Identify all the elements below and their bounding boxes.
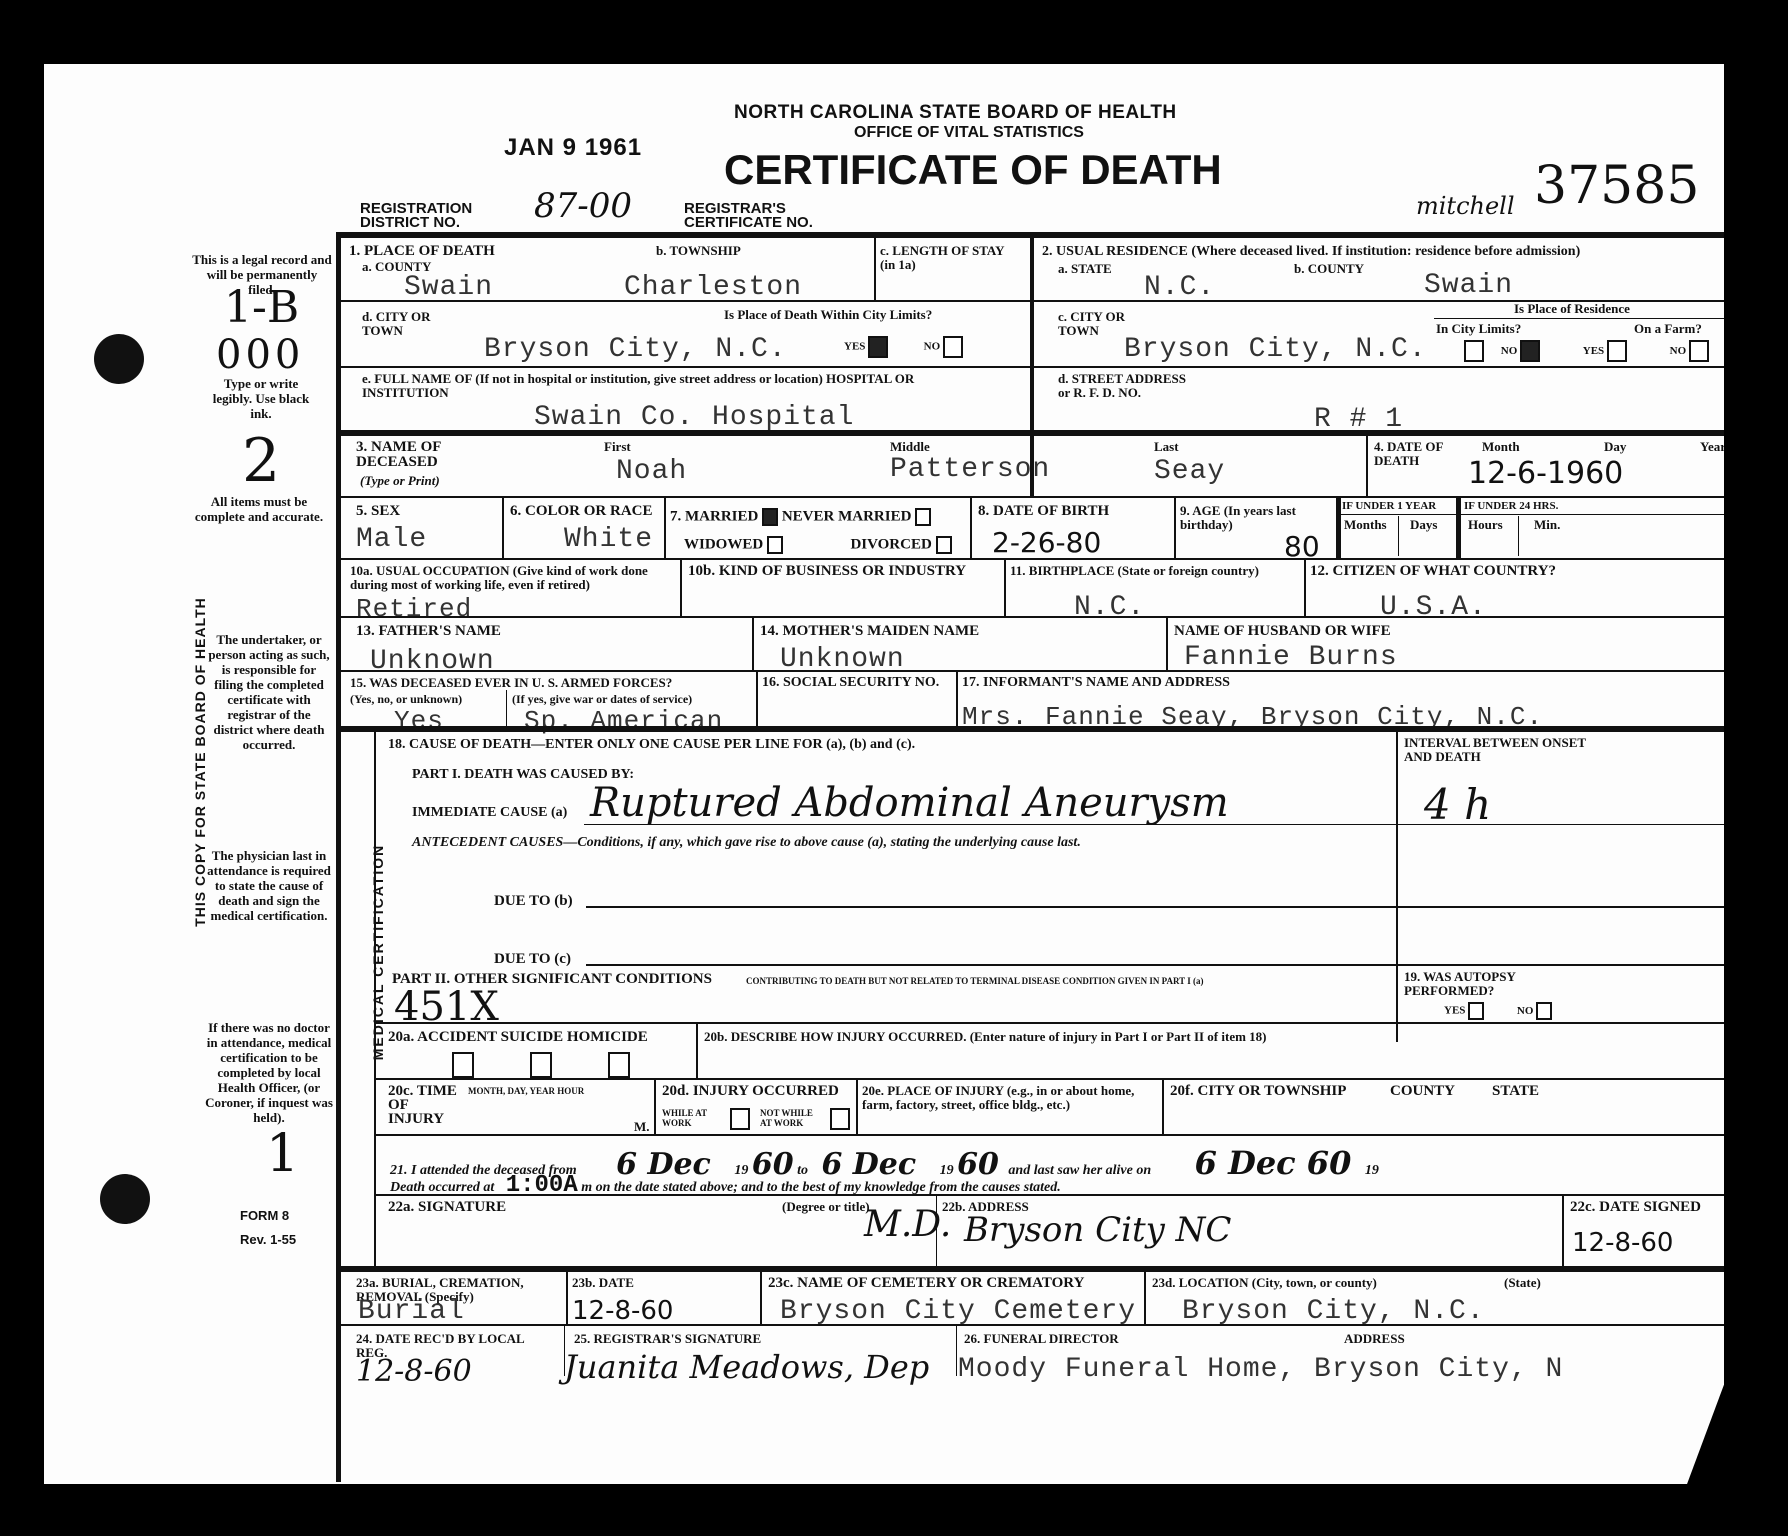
no-doctor-note: If there was no doctor in attendance, me… bbox=[204, 1020, 334, 1125]
year-label: Year bbox=[1700, 440, 1726, 454]
length-of-stay-label: c. LENGTH OF STAY (in 1a) bbox=[880, 244, 1020, 272]
time-m-label: M. bbox=[634, 1120, 650, 1134]
month-label: Month bbox=[1482, 440, 1520, 454]
death-county: Swain bbox=[404, 272, 493, 303]
father-label: 13. FATHER'S NAME bbox=[356, 624, 501, 638]
informant-label: 17. INFORMANT'S NAME AND ADDRESS bbox=[962, 676, 1230, 690]
physician-signature: M.D. bbox=[864, 1204, 951, 1245]
certificate-paper: JAN 9 1961 NORTH CAROLINA STATE BOARD OF… bbox=[44, 64, 1724, 1484]
cause-of-death-label: 18. CAUSE OF DEATH—ENTER ONLY ONE CAUSE … bbox=[388, 738, 915, 752]
registrar-cert-label: REGISTRAR'S CERTIFICATE NO. bbox=[684, 202, 864, 230]
physician-note: The physician last in attendance is requ… bbox=[204, 848, 334, 923]
registration-district-label: REGISTRATION DISTRICT NO. bbox=[360, 202, 520, 230]
antecedent-causes-label: ANTECEDENT CAUSES—Conditions, if any, wh… bbox=[412, 836, 1081, 850]
while-at-work-checkbox[interactable] bbox=[730, 1108, 750, 1130]
margin-hand-2: 2 bbox=[242, 426, 280, 496]
punch-hole bbox=[100, 1174, 150, 1224]
complete-accurate-note: All items must be complete and accurate. bbox=[194, 494, 324, 524]
citizen-value: U.S.A. bbox=[1380, 592, 1487, 623]
form-revision: Rev. 1-55 bbox=[240, 1232, 296, 1247]
cemetery-value: Bryson City Cemetery bbox=[780, 1296, 1136, 1327]
business-label: 10b. KIND OF BUSINESS OR INDUSTRY bbox=[688, 564, 966, 578]
name-sub-label: (Type or Print) bbox=[360, 474, 440, 488]
burial-date-label: 23b. DATE bbox=[572, 1276, 634, 1290]
autopsy-label: 19. WAS AUTOPSY PERFORMED? bbox=[1404, 970, 1564, 998]
medical-certification-label: MEDICAL CERTIFICATION bbox=[370, 802, 386, 1102]
burial-date: 12-8-60 bbox=[572, 1296, 673, 1326]
office-name: OFFICE OF VITAL STATISTICS bbox=[854, 124, 1084, 142]
interval-label: INTERVAL BETWEEN ONSET AND DEATH bbox=[1404, 736, 1604, 764]
middle-name: Patterson bbox=[890, 454, 1050, 485]
handwritten-note: mitchell bbox=[1416, 192, 1515, 220]
residence-county: Swain bbox=[1424, 270, 1513, 301]
hospital-label: e. FULL NAME OF (If not in hospital or i… bbox=[362, 372, 962, 400]
interval-value: 4 h bbox=[1424, 780, 1491, 829]
injury-state-label: STATE bbox=[1492, 1084, 1539, 1098]
certificate-number: 37585 bbox=[1534, 156, 1699, 216]
burial-value: Burial bbox=[358, 1296, 465, 1327]
hours-label: Hours bbox=[1468, 518, 1503, 532]
residence-state-label: a. STATE bbox=[1058, 262, 1112, 276]
divorced-checkbox[interactable] bbox=[936, 536, 952, 554]
last-name-label: Last bbox=[1154, 440, 1179, 454]
sex-value: Male bbox=[356, 524, 427, 555]
autopsy-no-checkbox[interactable] bbox=[1536, 1002, 1552, 1020]
dob-label: 8. DATE OF BIRTH bbox=[978, 504, 1109, 518]
describe-injury-label: 20b. DESCRIBE HOW INJURY OCCURRED. (Ente… bbox=[704, 1030, 1267, 1044]
farm-no-label: NO bbox=[1670, 345, 1687, 357]
registration-district-value: 87-00 bbox=[534, 186, 632, 226]
signature-label: 22a. SIGNATURE bbox=[388, 1200, 506, 1214]
war-sub-label: (If yes, give war or dates of service) bbox=[512, 692, 692, 706]
sex-label: 5. SEX bbox=[356, 504, 400, 518]
street-label: d. STREET ADDRESS or R. F. D. NO. bbox=[1058, 372, 1188, 400]
residence-county-label: b. COUNTY bbox=[1294, 262, 1364, 276]
under-day-label: IF UNDER 24 HRS. bbox=[1464, 500, 1558, 512]
widowed-label: WIDOWED bbox=[684, 536, 763, 552]
within-limits-yes-checkbox[interactable] bbox=[868, 336, 888, 358]
margin-hand-1b: 1-B bbox=[224, 282, 299, 333]
death-at-tail: m on the date stated above; and to the b… bbox=[581, 1180, 1060, 1195]
within-limits-no-checkbox[interactable] bbox=[943, 336, 963, 358]
birthplace-label: 11. BIRTHPLACE (State or foreign country… bbox=[1010, 564, 1259, 578]
city-label: d. CITY OR TOWN bbox=[362, 310, 442, 338]
date-received: 12-8-60 bbox=[356, 1354, 472, 1389]
accident-label: 20a. ACCIDENT SUICIDE HOMICIDE bbox=[388, 1030, 648, 1044]
first-name-label: First bbox=[604, 440, 631, 454]
within-limits-label: Is Place of Death Within City Limits? bbox=[724, 308, 1024, 322]
death-at-label: Death occurred at bbox=[390, 1180, 494, 1195]
within-limits-no-label: NO bbox=[924, 341, 941, 353]
spouse-label: NAME OF HUSBAND OR WIFE bbox=[1174, 624, 1391, 638]
middle-name-label: Middle bbox=[890, 440, 930, 454]
received-stamp: JAN 9 1961 bbox=[504, 134, 642, 162]
undertaker-note: The undertaker, or person acting as such… bbox=[206, 632, 332, 752]
within-limits-yes-label: YES bbox=[844, 341, 865, 353]
autopsy-yes-checkbox[interactable] bbox=[1468, 1002, 1484, 1020]
race-value: White bbox=[564, 524, 653, 555]
page-title: CERTIFICATE OF DEATH bbox=[724, 146, 1222, 194]
date-of-death-label: 4. DATE OF DEATH bbox=[1374, 440, 1444, 468]
place-of-injury-label: 20e. PLACE OF INJURY (e.g., in or about … bbox=[862, 1084, 1162, 1112]
ssn-label: 16. SOCIAL SECURITY NO. bbox=[762, 676, 939, 690]
location-state-label: (State) bbox=[1504, 1276, 1541, 1290]
punch-hole bbox=[94, 334, 144, 384]
physician-address: Bryson City NC bbox=[964, 1210, 1231, 1250]
immediate-cause-value: Ruptured Abdominal Aneurysm bbox=[590, 780, 1229, 826]
part2-sub-label: CONTRIBUTING TO DEATH BUT NOT RELATED TO… bbox=[746, 976, 1203, 986]
city-limits-label: In City Limits? bbox=[1436, 322, 1521, 336]
type-legibly-note: Type or write legibly. Use black ink. bbox=[206, 376, 316, 421]
days-label: Days bbox=[1410, 518, 1437, 532]
name-label: 3. NAME OF DECEASED bbox=[356, 440, 466, 470]
never-married-label: NEVER MARRIED bbox=[782, 508, 912, 524]
married-checkbox[interactable] bbox=[762, 508, 778, 526]
last-saw-year-prefix: 19 bbox=[1365, 1163, 1379, 1178]
city-limits-yes-checkbox[interactable] bbox=[1464, 340, 1484, 362]
place-of-death-label: 1. PLACE OF DEATH bbox=[349, 244, 495, 259]
suicide-checkbox[interactable] bbox=[530, 1052, 552, 1078]
margin-hand-1: 1 bbox=[266, 1124, 299, 1184]
date-signed: 12-8-60 bbox=[1572, 1228, 1673, 1258]
immediate-cause-label: IMMEDIATE CAUSE (a) bbox=[412, 806, 567, 820]
city-limits-no-label: NO bbox=[1501, 345, 1518, 357]
injury-county-label: COUNTY bbox=[1390, 1084, 1455, 1098]
due-to-c-label: DUE TO (c) bbox=[494, 952, 571, 966]
registrar-signature-label: 25. REGISTRAR'S SIGNATURE bbox=[574, 1332, 761, 1346]
last-name: Seay bbox=[1154, 456, 1225, 487]
death-city: Bryson City, N.C. bbox=[484, 334, 787, 365]
residence-city: Bryson City, N.C. bbox=[1124, 334, 1427, 365]
mother-label: 14. MOTHER'S MAIDEN NAME bbox=[760, 624, 979, 638]
farm-no-checkbox[interactable] bbox=[1689, 340, 1709, 362]
due-to-b-label: DUE TO (b) bbox=[494, 894, 573, 908]
date-of-death: 12-6-1960 bbox=[1468, 456, 1623, 491]
funeral-director-value: Moody Funeral Home, Bryson City, N bbox=[958, 1354, 1563, 1385]
residence-place-label: Is Place of Residence bbox=[1514, 302, 1630, 316]
not-while-at-work-checkbox[interactable] bbox=[830, 1108, 850, 1130]
race-label: 6. COLOR OR RACE bbox=[510, 504, 653, 518]
funeral-address-label: ADDRESS bbox=[1344, 1332, 1405, 1346]
under-year-label: IF UNDER 1 YEAR bbox=[1342, 500, 1436, 512]
while-at-work-label: WHILE AT WORK bbox=[662, 1108, 722, 1128]
death-township: Charleston bbox=[624, 272, 802, 303]
father-value: Unknown bbox=[370, 646, 495, 677]
autopsy-yes-label: YES bbox=[1444, 1005, 1465, 1017]
autopsy-no-label: NO bbox=[1517, 1005, 1534, 1017]
widowed-checkbox[interactable] bbox=[767, 536, 783, 554]
farm-yes-label: YES bbox=[1583, 345, 1604, 357]
day-label: Day bbox=[1604, 440, 1626, 454]
armed-sub-label: (Yes, no, or unknown) bbox=[350, 692, 462, 706]
time-of-injury-label: 20c. TIME OF INJURY bbox=[388, 1084, 458, 1126]
farm-label: On a Farm? bbox=[1634, 322, 1702, 336]
residence-label: 2. USUAL RESIDENCE (Where deceased lived… bbox=[1042, 244, 1580, 259]
farm-yes-checkbox[interactable] bbox=[1607, 340, 1627, 362]
form-number: FORM 8 bbox=[240, 1208, 289, 1223]
board-name: NORTH CAROLINA STATE BOARD OF HEALTH bbox=[734, 102, 1177, 124]
residence-city-label: c. CITY OR TOWN bbox=[1058, 310, 1128, 338]
occupation-value: Retired bbox=[356, 594, 472, 624]
registrar-signature: Juanita Meadows, Dep bbox=[564, 1348, 929, 1386]
location-label: 23d. LOCATION (City, town, or county) bbox=[1152, 1276, 1377, 1290]
citizen-label: 12. CITIZEN OF WHAT COUNTRY? bbox=[1310, 564, 1556, 578]
city-township-label: 20f. CITY OR TOWNSHIP bbox=[1170, 1084, 1346, 1098]
date-signed-label: 22c. DATE SIGNED bbox=[1570, 1200, 1701, 1214]
degree-label: (Degree or title) bbox=[782, 1200, 870, 1214]
last-saw-value: 6 Dec 60 bbox=[1195, 1144, 1352, 1182]
margin-hand-000: 000 bbox=[216, 332, 304, 378]
not-while-at-work-label: NOT WHILE AT WORK bbox=[760, 1108, 820, 1128]
birthplace-value: N.C. bbox=[1074, 592, 1145, 623]
occupation-label: 10a. USUAL OCCUPATION (Give kind of work… bbox=[350, 564, 680, 592]
divorced-label: DIVORCED bbox=[850, 536, 931, 552]
homicide-checkbox[interactable] bbox=[608, 1052, 630, 1078]
armed-forces-label: 15. WAS DECEASED EVER IN U. S. ARMED FOR… bbox=[350, 676, 760, 690]
first-name: Noah bbox=[616, 456, 687, 487]
married-label: 7. MARRIED bbox=[670, 508, 758, 524]
location-value: Bryson City, N.C. bbox=[1182, 1296, 1485, 1327]
township-label: b. TOWNSHIP bbox=[656, 244, 741, 258]
injury-occurred-label: 20d. INJURY OCCURRED bbox=[662, 1084, 839, 1098]
accident-checkbox[interactable] bbox=[452, 1052, 474, 1078]
min-label: Min. bbox=[1534, 518, 1560, 532]
time-of-injury-sub: MONTH, DAY, YEAR HOUR bbox=[468, 1086, 584, 1096]
funeral-director-label: 26. FUNERAL DIRECTOR bbox=[964, 1332, 1119, 1346]
age-label: 9. AGE (In years last birthday) bbox=[1180, 504, 1330, 532]
date-of-birth: 2-26-80 bbox=[992, 526, 1101, 559]
never-married-checkbox[interactable] bbox=[915, 508, 931, 526]
residence-state: N.C. bbox=[1144, 272, 1215, 303]
spouse-value: Fannie Burns bbox=[1184, 642, 1398, 673]
cemetery-label: 23c. NAME OF CEMETERY OR CREMATORY bbox=[768, 1276, 1084, 1290]
hospital-name: Swain Co. Hospital bbox=[534, 402, 854, 433]
city-limits-no-checkbox[interactable] bbox=[1520, 340, 1540, 362]
months-label: Months bbox=[1344, 518, 1387, 532]
